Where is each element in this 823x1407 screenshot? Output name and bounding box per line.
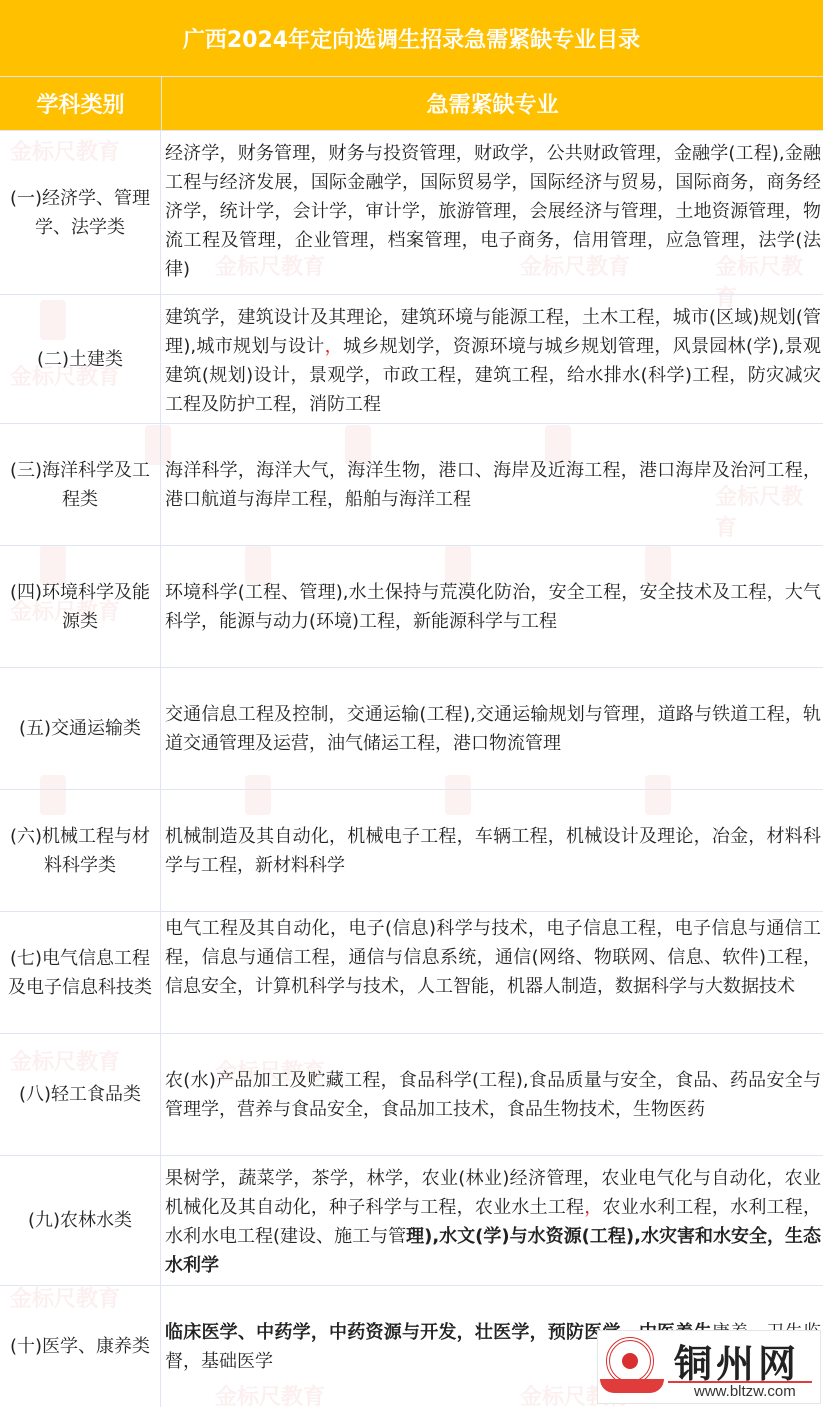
majors-text: 环境科学(工程、管理),水土保持与荒漠化防治，安全工程，安全技术及工程，大气科学… <box>165 578 821 636</box>
majors-cell: 交通信息工程及控制，交通运输(工程),交通运输规划与管理，道路与铁道工程，轨道交… <box>165 668 821 789</box>
majors-cell: 农(水)产品加工及贮藏工程，食品科学(工程),食品质量与安全，食品、药品安全与管… <box>165 1034 821 1155</box>
table-row: (四)环境科学及能源类 环境科学(工程、管理),水土保持与荒漠化防治，安全工程，… <box>0 545 823 667</box>
ribbon-icon <box>600 1379 664 1393</box>
category-cell: (八)轻工食品类 <box>0 1034 161 1155</box>
majors-cell: 海洋科学，海洋大气，海洋生物，港口、海岸及近海工程，港口海岸及治河工程，港口航道… <box>165 424 821 545</box>
table-row: (六)机械工程与材料科学类 机械制造及其自动化，机械电子工程，车辆工程，机械设计… <box>0 789 823 911</box>
emblem-icon <box>606 1337 654 1385</box>
red-comma: ， <box>584 1197 602 1218</box>
table-row: (七)电气信息工程及电子信息科技类 电气工程及其自动化，电子(信息)科学与技术，… <box>0 911 823 1033</box>
category-cell: (六)机械工程与材料科学类 <box>0 790 161 911</box>
column-header-majors: 急需紧缺专业 <box>162 77 823 130</box>
majors-text: 经济学，财务管理，财务与投资管理，财政学，公共财政管理，金融学(工程),金融工程… <box>165 139 821 284</box>
majors-text: 机械制造及其自动化，机械电子工程，车辆工程，机械设计及理论，冶金，材料科学与工程… <box>165 822 821 880</box>
table-row: (九)农林水类 果树学，蔬菜学，茶学，林学，农业(林业)经济管理，农业电气化与自… <box>0 1155 823 1285</box>
table-row: (一)经济学、管理学、法学类 经济学，财务管理，财务与投资管理，财政学，公共财政… <box>0 130 823 294</box>
category-cell: (五)交通运输类 <box>0 668 161 789</box>
majors-cell: 环境科学(工程、管理),水土保持与荒漠化防治，安全工程，安全技术及工程，大气科学… <box>165 546 821 667</box>
majors-text: 电气工程及其自动化，电子(信息)科学与技术，电子信息工程，电子信息与通信工程，信… <box>165 914 821 1001</box>
column-header-row: 学科类别 急需紧缺专业 <box>0 77 823 130</box>
majors-cell: 机械制造及其自动化，机械电子工程，车辆工程，机械设计及理论，冶金，材料科学与工程… <box>165 790 821 911</box>
page-title: 广西2024年定向选调生招录急需紧缺专业目录 <box>183 23 640 54</box>
site-logo-badge: 铜州网 www.bltzw.com <box>597 1330 821 1404</box>
table-row: (五)交通运输类 交通信息工程及控制，交通运输(工程),交通运输规划与管理，道路… <box>0 667 823 789</box>
category-cell: (三)海洋科学及工程类 <box>0 424 161 545</box>
majors-cell: 果树学，蔬菜学，茶学，林学，农业(林业)经济管理，农业电气化与自动化，农业机械化… <box>165 1156 821 1285</box>
table-row: (八)轻工食品类 农(水)产品加工及贮藏工程，食品科学(工程),食品质量与安全，… <box>0 1033 823 1155</box>
site-url: www.bltzw.com <box>694 1383 796 1400</box>
majors-cell: 经济学，财务管理，财务与投资管理，财政学，公共财政管理，金融学(工程),金融工程… <box>165 131 821 294</box>
majors-text: 农(水)产品加工及贮藏工程，食品科学(工程),食品质量与安全，食品、药品安全与管… <box>165 1066 821 1124</box>
majors-cell: 建筑学，建筑设计及其理论，建筑环境与能源工程，土木工程，城市(区域)规划(管理)… <box>165 295 821 423</box>
category-cell: (九)农林水类 <box>0 1156 161 1285</box>
category-cell: (七)电气信息工程及电子信息科技类 <box>0 912 161 1033</box>
majors-text: 海洋科学，海洋大气，海洋生物，港口、海岸及近海工程，港口海岸及治河工程，港口航道… <box>165 456 821 514</box>
majors-text: 交通信息工程及控制，交通运输(工程),交通运输规划与管理，道路与铁道工程，轨道交… <box>165 700 821 758</box>
column-header-category: 学科类别 <box>0 77 162 130</box>
category-cell: (四)环境科学及能源类 <box>0 546 161 667</box>
category-cell: (一)经济学、管理学、法学类 <box>0 131 161 294</box>
table-row: (三)海洋科学及工程类 海洋科学，海洋大气，海洋生物，港口、海岸及近海工程，港口… <box>0 423 823 545</box>
category-cell: (二)土建类 <box>0 295 161 423</box>
category-cell: (十)医学、康养类 <box>0 1286 161 1407</box>
red-comma: ， <box>325 336 343 357</box>
majors-catalog-table: 金标尺教育 金标尺教育 金标尺教育 金标尺教育 金标尺教育 金标尺教育 金标尺教… <box>0 0 823 1407</box>
majors-cell: 电气工程及其自动化，电子(信息)科学与技术，电子信息工程，电子信息与通信工程，信… <box>165 912 821 1033</box>
site-name: 铜州网 <box>674 1333 800 1388</box>
table-title-bar: 广西2024年定向选调生招录急需紧缺专业目录 <box>0 0 823 77</box>
table-row: (二)土建类 建筑学，建筑设计及其理论，建筑环境与能源工程，土木工程，城市(区域… <box>0 294 823 423</box>
